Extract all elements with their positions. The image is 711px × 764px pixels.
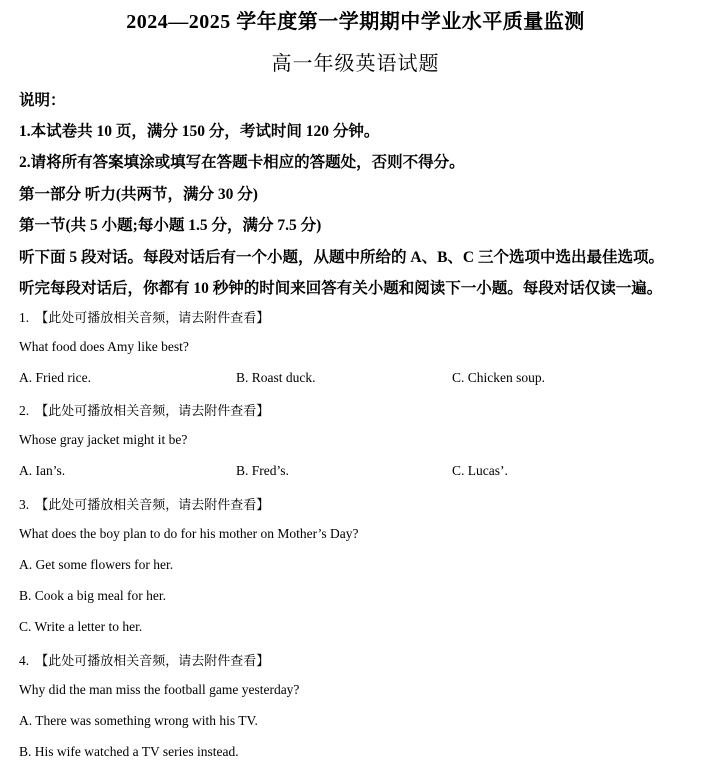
question-2-prompt: Whose gray jacket might it be? [19, 432, 187, 448]
question-3-option-c: C. Write a letter to her. [19, 619, 142, 635]
part-title: 第一部分 听力(共两节，满分 30 分) [19, 182, 258, 204]
audio-placeholder-link[interactable]: 【此处可播放相关音频，请去附件查看】 [35, 498, 269, 513]
instruction-line: 听完每段对话后，你都有 10 秒钟的时间来回答有关小题和阅读下一小题。每段对话仅… [19, 276, 662, 298]
section-title: 第一节(共 5 小题;每小题 1.5 分，满分 7.5 分) [19, 213, 321, 235]
exam-title: 2024—2025 学年度第一学期期中学业水平质量监测 [0, 5, 711, 34]
note-item: 2.请将所有答案填涂或填写在答题卡相应的答题处，否则不得分。 [19, 150, 465, 172]
question-3-header: 3. 【此处可播放相关音频，请去附件查看】 [19, 494, 269, 513]
question-1-header: 1. 【此处可播放相关音频，请去附件查看】 [19, 307, 269, 326]
question-number: 2. [19, 403, 29, 418]
question-3-prompt: What does the boy plan to do for his mot… [19, 526, 358, 542]
audio-placeholder-link[interactable]: 【此处可播放相关音频，请去附件查看】 [35, 404, 269, 419]
question-3-option-a: A. Get some flowers for her. [19, 557, 173, 573]
audio-placeholder-link[interactable]: 【此处可播放相关音频，请去附件查看】 [35, 311, 269, 326]
question-2-option-a: A. Ian’s. [19, 463, 65, 479]
question-4-option-b: B. His wife watched a TV series instead. [19, 744, 239, 760]
instruction-line: 听下面 5 段对话。每段对话后有一个小题，从题中所给的 A、B、C 三个选项中选… [19, 245, 664, 267]
note-item: 1.本试卷共 10 页，满分 150 分，考试时间 120 分钟。 [19, 119, 379, 141]
question-1-option-b: B. Roast duck. [236, 370, 316, 386]
question-number: 3. [19, 497, 29, 512]
question-1-option-c: C. Chicken soup. [452, 370, 545, 386]
exam-page: 2024—2025 学年度第一学期期中学业水平质量监测 高一年级英语试题 说明：… [0, 0, 711, 764]
exam-subtitle: 高一年级英语试题 [0, 47, 711, 76]
question-2-option-b: B. Fred’s. [236, 463, 289, 479]
question-number: 4. [19, 653, 29, 668]
question-3-option-b: B. Cook a big meal for her. [19, 588, 166, 604]
question-number: 1. [19, 310, 29, 325]
question-4-header: 4. 【此处可播放相关音频，请去附件查看】 [19, 650, 269, 669]
question-2-header: 2. 【此处可播放相关音频，请去附件查看】 [19, 400, 269, 419]
notes-label: 说明： [19, 88, 66, 110]
question-1-option-a: A. Fried rice. [19, 370, 91, 386]
question-4-option-a: A. There was something wrong with his TV… [19, 713, 258, 729]
question-1-prompt: What food does Amy like best? [19, 339, 189, 355]
question-4-prompt: Why did the man miss the football game y… [19, 682, 299, 698]
audio-placeholder-link[interactable]: 【此处可播放相关音频，请去附件查看】 [35, 654, 269, 669]
question-2-option-c: C. Lucas’. [452, 463, 508, 479]
